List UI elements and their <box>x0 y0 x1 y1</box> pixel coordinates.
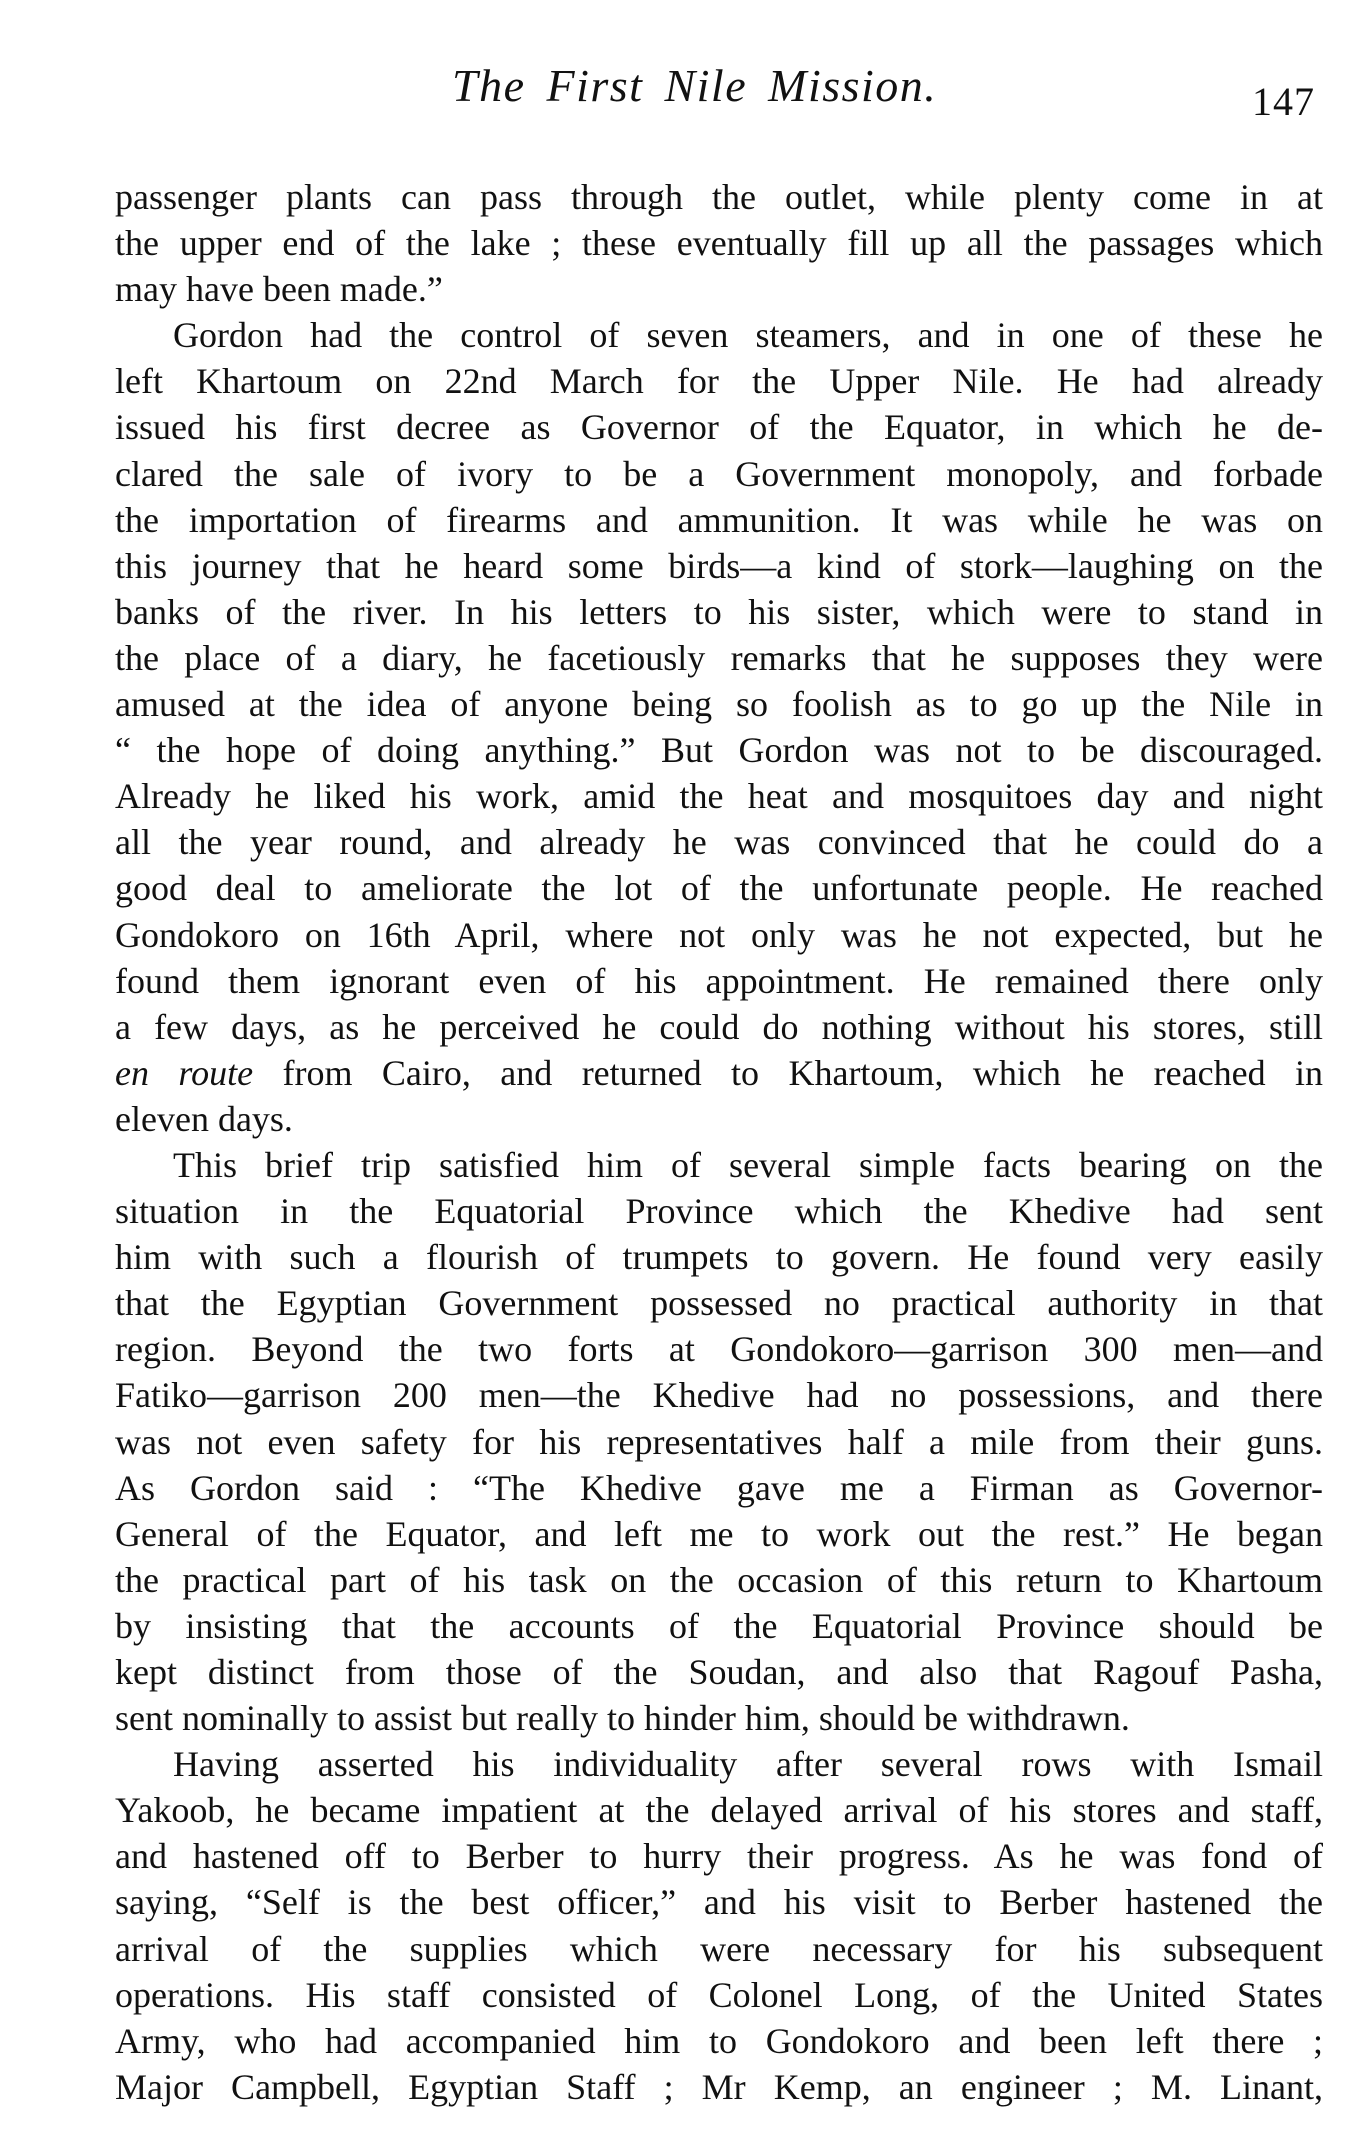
text-line: eleven days. <box>115 1096 1323 1142</box>
text-line: by insisting that the accounts of the Eq… <box>115 1603 1323 1649</box>
text-line: situation in the Equatorial Province whi… <box>115 1188 1323 1234</box>
text-line: region. Beyond the two forts at Gondokor… <box>115 1326 1323 1372</box>
text-line: arrival of the supplies which were neces… <box>115 1926 1323 1972</box>
text-line: Already he liked his work, amid the heat… <box>115 773 1323 819</box>
text-line: Gondokoro on 16th April, where not only … <box>115 912 1323 958</box>
text-line: and hastened off to Berber to hurry thei… <box>115 1833 1323 1879</box>
text-line: “ the hope of doing anything.” But Gordo… <box>115 727 1323 773</box>
italic-phrase: en route <box>115 1053 253 1093</box>
paragraph: passenger plants can pass through the ou… <box>115 174 1323 312</box>
text-line: General of the Equator, and left me to w… <box>115 1511 1323 1557</box>
text-line: that the Egyptian Government possessed n… <box>115 1280 1323 1326</box>
text-line: Yakoob, he became impatient at the delay… <box>115 1787 1323 1833</box>
text-line: Army, who had accompanied him to Gondoko… <box>115 2018 1323 2064</box>
text-line: Fatiko—garrison 200 men—the Khedive had … <box>115 1372 1323 1418</box>
paragraph: This brief trip satisfied him of several… <box>115 1142 1323 1741</box>
text-line: him with such a flourish of trumpets to … <box>115 1234 1323 1280</box>
page-number: 147 <box>1252 72 1315 132</box>
text-line: good deal to ameliorate the lot of the u… <box>115 865 1323 911</box>
text-line: operations. His staff consisted of Colon… <box>115 1972 1323 2018</box>
text-line: may have been made.” <box>115 266 1323 312</box>
text-line: kept distinct from those of the Soudan, … <box>115 1649 1323 1695</box>
body-text: passenger plants can pass through the ou… <box>115 174 1323 2110</box>
text-line: sent nominally to assist but really to h… <box>115 1695 1323 1741</box>
text-line: found them ignorant even of his appointm… <box>115 958 1323 1004</box>
text-line: left Khartoum on 22nd March for the Uppe… <box>115 358 1323 404</box>
text-line: Gordon had the control of seven steamers… <box>115 312 1323 358</box>
text-line: Having asserted his individuality after … <box>115 1741 1323 1787</box>
text-line: a few days, as he perceived he could do … <box>115 1004 1323 1050</box>
paragraph: Gordon had the control of seven steamers… <box>115 312 1323 1142</box>
text-line: This brief trip satisfied him of several… <box>115 1142 1323 1188</box>
text-line: issued his first decree as Governor of t… <box>115 404 1323 450</box>
text-line: the practical part of his task on the oc… <box>115 1557 1323 1603</box>
text-line: all the year round, and already he was c… <box>115 819 1323 865</box>
text-line: amused at the idea of anyone being so fo… <box>115 681 1323 727</box>
text-line: passenger plants can pass through the ou… <box>115 174 1323 220</box>
text-line: the place of a diary, he facetiously rem… <box>115 635 1323 681</box>
paragraph: Having asserted his individuality after … <box>115 1741 1323 2110</box>
text-line: As Gordon said : “The Khedive gave me a … <box>115 1465 1323 1511</box>
text-line: Major Campbell, Egyptian Staff ; Mr Kemp… <box>115 2064 1323 2110</box>
text-line: this journey that he heard some birds—a … <box>115 543 1323 589</box>
text-line: en route from Cairo, and returned to Kha… <box>115 1050 1323 1096</box>
running-head: The First Nile Mission. <box>452 56 937 116</box>
text-line: banks of the river. In his letters to hi… <box>115 589 1323 635</box>
text-line: the upper end of the lake ; these eventu… <box>115 220 1323 266</box>
text-line: saying, “Self is the best officer,” and … <box>115 1879 1323 1925</box>
text-line: was not even safety for his representati… <box>115 1419 1323 1465</box>
text-line: clared the sale of ivory to be a Governm… <box>115 451 1323 497</box>
text-line: the importation of firearms and ammuniti… <box>115 497 1323 543</box>
